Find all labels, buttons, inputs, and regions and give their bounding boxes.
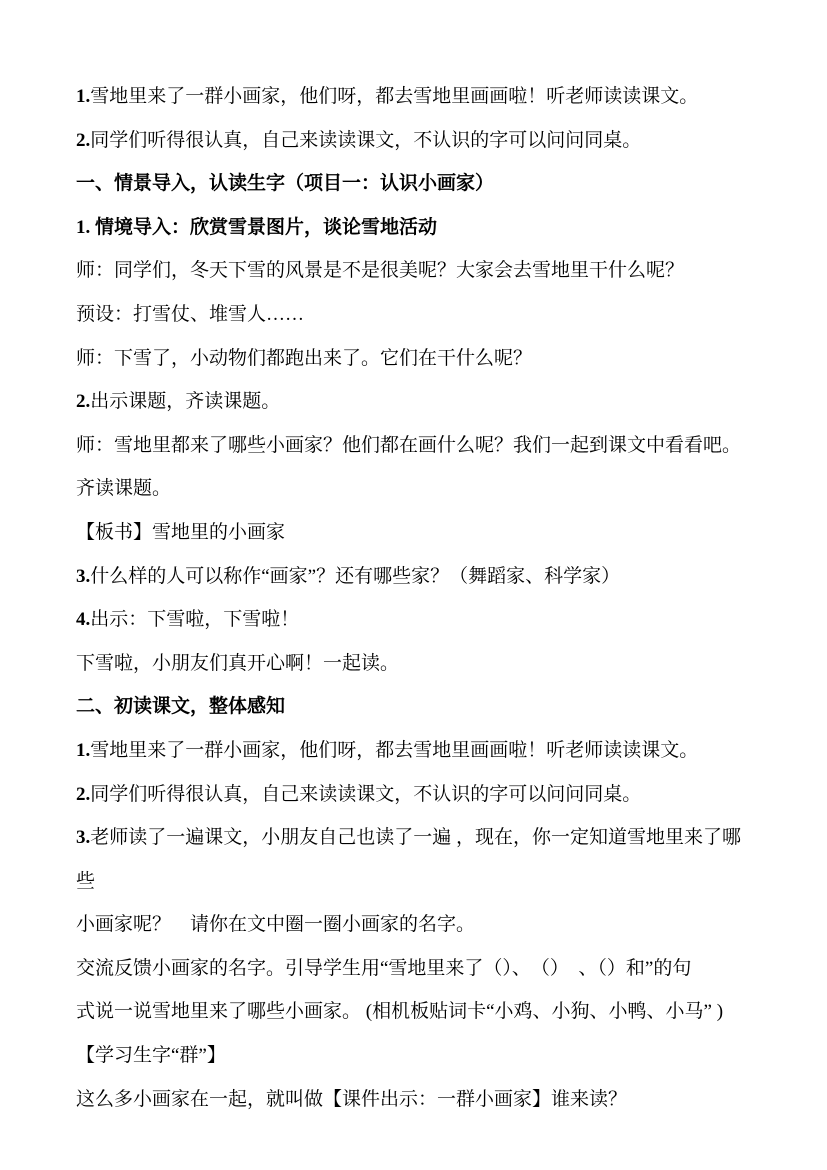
document-line: 师：下雪了，小动物们都跑出来了。它们在干什么呢？ [76,337,757,381]
line-text: 出示：下雪啦，下雪啦！ [90,609,299,630]
document-line: 式说一说雪地里来了哪些小画家。 (相机板贴词卡“小鸡、小狗、小鸭、小马” ) [76,990,757,1034]
line-text: 雪地里来了一群小画家，他们呀，都去雪地里画画啦！听老师读读课文。 [90,86,698,107]
section-heading: 二、初读课文，整体感知 [76,685,757,729]
document-line: 【学习生字“群”】 [76,1034,757,1078]
line-bold-text: 一、情景导入，认读生字（项目一：认识小画家） [76,173,494,194]
document-line: 交流反馈小画家的名字。引导学生用“雪地里来了（）、 （） 、（）和”的句 [76,947,757,991]
line-text: 什么样的人可以称作“画家”？还有哪些家？（舞蹈家、科学家） [90,566,620,587]
document-line: 齐读课题。 [76,467,757,511]
document-line: 小画家呢？ 请你在文中圈一圈小画家的名字。 [76,903,757,947]
line-text: 出示课题，齐读课题。 [90,391,280,412]
document-line: 3.什么样的人可以称作“画家”？还有哪些家？（舞蹈家、科学家） [76,555,757,599]
document-line: 2.出示课题，齐读课题。 [76,380,757,424]
line-bold-text: 3. [76,566,90,587]
line-text: 这么多小画家在一起，就叫做【课件出示：一群小画家】谁来读？ [76,1089,627,1110]
line-text: 下雪啦，小朋友们真开心啊！一起读。 [76,653,399,674]
document-content: 1.雪地里来了一群小画家，他们呀，都去雪地里画画啦！听老师读读课文。 2.同学们… [0,0,827,1121]
document-line: 师：同学们，冬天下雪的风景是不是很美呢？大家会去雪地里干什么呢？ [76,249,757,293]
line-text: 【板书】雪地里的小画家 [76,522,285,543]
line-bold-text: 2. [76,391,90,412]
document-page: 1.雪地里来了一群小画家，他们呀，都去雪地里画画啦！听老师读读课文。 2.同学们… [0,0,827,1170]
section-heading: 一、情景导入，认读生字（项目一：认识小画家） [76,162,757,206]
line-text: 师：下雪了，小动物们都跑出来了。它们在干什么呢？ [76,348,532,369]
line-text: 同学们听得很认真，自己来读读课文，不认识的字可以问问同桌。 [90,130,641,151]
line-text: 小画家呢？ 请你在文中圈一圈小画家的名字。 [76,914,475,935]
line-text: 同学们听得很认真，自己来读读课文，不认识的字可以问问同桌。 [90,784,641,805]
document-line: 【板书】雪地里的小画家 [76,511,757,555]
document-line: 2.同学们听得很认真，自己来读读课文，不认识的字可以问问同桌。 [76,119,757,163]
line-bold-text: 3. [76,827,90,848]
line-text: 老师读了一遍课文，小朋友自己也读了一遍 ，现在，你一定知道雪地里来了哪些 [76,827,741,892]
line-bold-text: 2. [76,130,90,151]
document-line: 2.同学们听得很认真，自己来读读课文，不认识的字可以问问同桌。 [76,773,757,817]
line-bold-text: 2. [76,784,90,805]
line-text: 交流反馈小画家的名字。引导学生用“雪地里来了（）、 （） 、（）和”的句 [76,958,691,979]
line-text: 师：同学们，冬天下雪的风景是不是很美呢？大家会去雪地里干什么呢？ [76,260,684,281]
line-text: 预设：打雪仗、堆雪人…… [76,304,304,325]
line-bold-text: 1. [76,86,90,107]
document-line: 1.雪地里来了一群小画家，他们呀，都去雪地里画画啦！听老师读读课文。 [76,729,757,773]
line-bold-text: 1. [76,740,90,761]
line-text: 齐读课题。 [76,478,171,499]
document-line: 4.出示：下雪啦，下雪啦！ [76,598,757,642]
document-line: 师：雪地里都来了哪些小画家？他们都在画什么呢？我们一起到课文中看看吧。 [76,424,757,468]
subsection-heading: 1. 情境导入：欣赏雪景图片，谈论雪地活动 [76,206,757,250]
line-text: 【学习生字“群”】 [76,1045,226,1066]
line-text: 式说一说雪地里来了哪些小画家。 (相机板贴词卡“小鸡、小狗、小鸭、小马” ) [76,1001,723,1022]
line-text: 师：雪地里都来了哪些小画家？他们都在画什么呢？我们一起到课文中看看吧。 [76,435,741,456]
line-bold-text: 1. 情境导入：欣赏雪景图片，谈论雪地活动 [76,217,437,238]
line-bold-text: 二、初读课文，整体感知 [76,696,285,717]
document-line: 3.老师读了一遍课文，小朋友自己也读了一遍 ，现在，你一定知道雪地里来了哪些 [76,816,757,903]
document-line: 下雪啦，小朋友们真开心啊！一起读。 [76,642,757,686]
line-bold-text: 4. [76,609,90,630]
document-line: 1.雪地里来了一群小画家，他们呀，都去雪地里画画啦！听老师读读课文。 [76,75,757,119]
line-text: 雪地里来了一群小画家，他们呀，都去雪地里画画啦！听老师读读课文。 [90,740,698,761]
document-line: 这么多小画家在一起，就叫做【课件出示：一群小画家】谁来读？ [76,1078,757,1122]
document-line: 预设：打雪仗、堆雪人…… [76,293,757,337]
